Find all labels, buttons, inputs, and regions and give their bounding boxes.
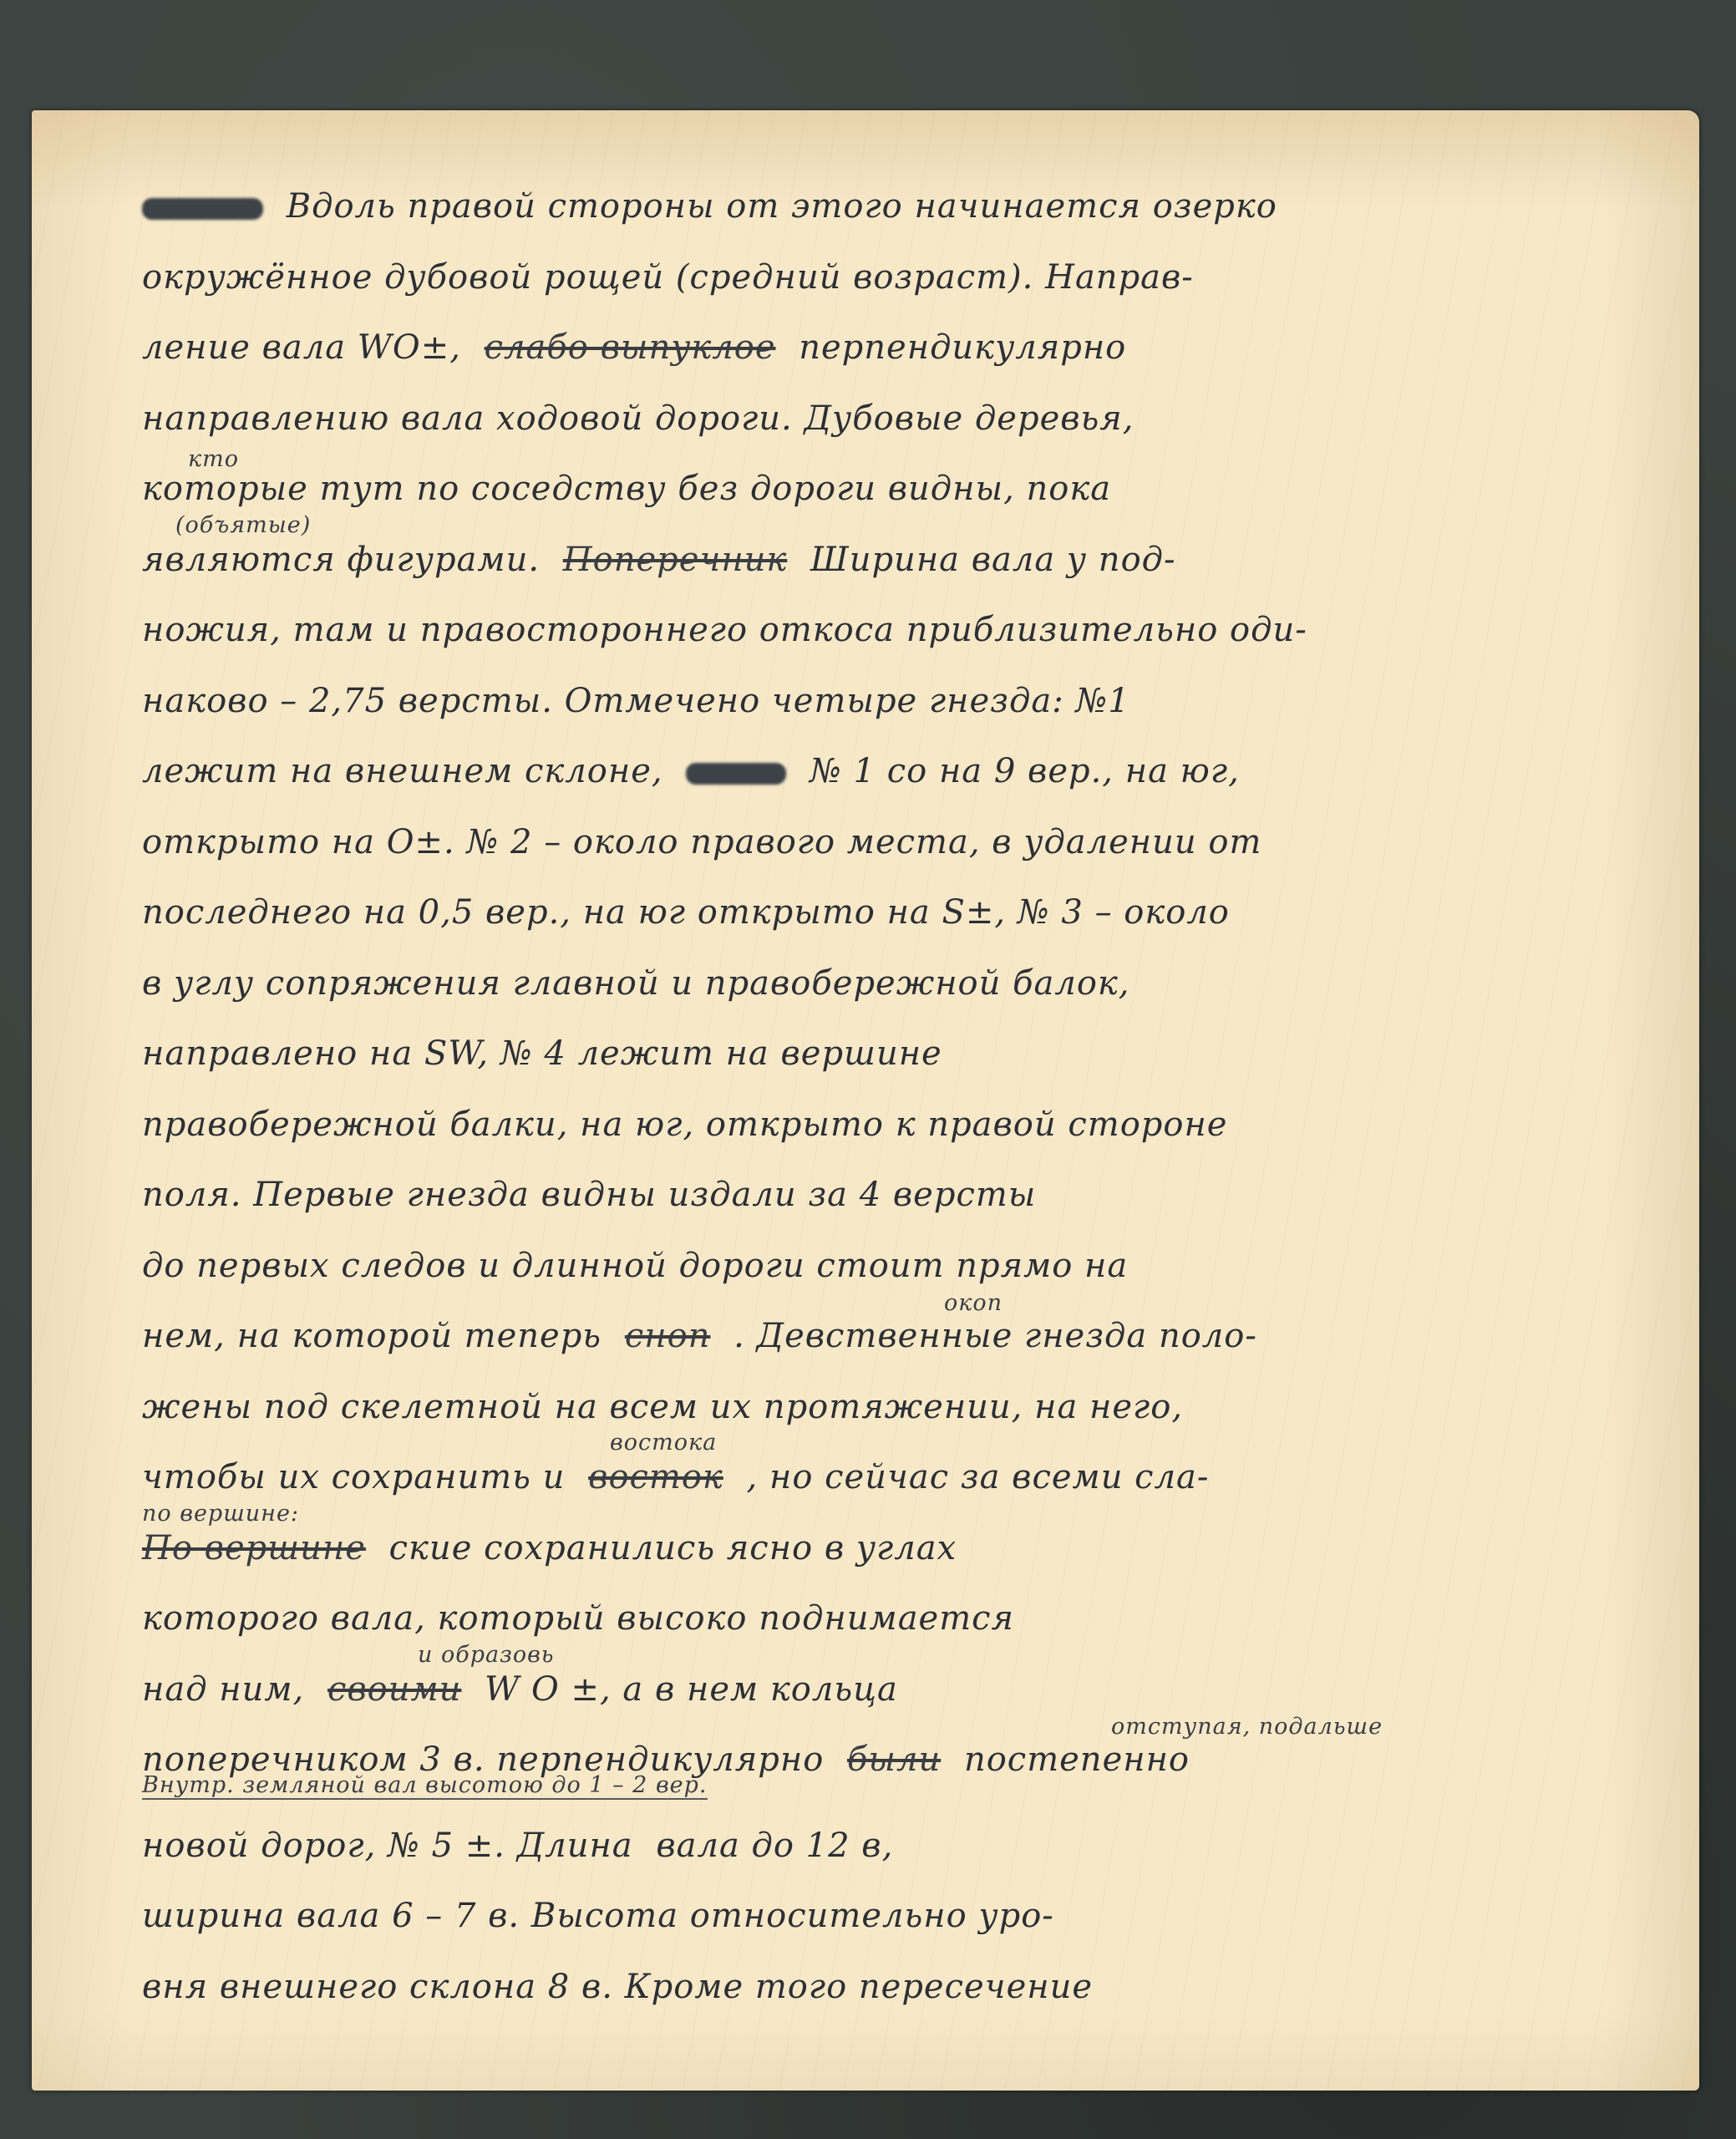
manuscript-line-6: (объятые) являются фигурами. Поперечник …: [142, 525, 1637, 596]
interlinear-insertion: и образовь: [418, 1643, 554, 1668]
struck-text: были: [847, 1740, 941, 1779]
manuscript-line-18: жены под скелетной на всем их протяжении…: [142, 1372, 1637, 1443]
manuscript-line-20: по вершине: По вершине ские сохранились …: [142, 1513, 1637, 1584]
ink-blot-deletion: [686, 763, 786, 785]
manuscript-line-25: ширина вала 6 – 7 в. Высота относительно…: [142, 1881, 1637, 1952]
interlinear-insertion: востока: [610, 1430, 717, 1456]
manuscript-line-5: кто которые тут по соседству без дороги …: [142, 454, 1637, 525]
struck-text: слабо выпуклое: [485, 328, 776, 367]
line-text: над ним,: [142, 1654, 304, 1725]
line-text: поля. Первые гнезда видны издали за 4 ве…: [142, 1160, 1036, 1231]
ink-blot-deletion: [142, 198, 263, 220]
manuscript-line-12: в углу сопряжения главной и правобережно…: [142, 948, 1637, 1019]
manuscript-line-7: ножия, там и правостороннего откоса приб…: [142, 595, 1637, 666]
interlinear-insertion: отступая, подальше: [1111, 1715, 1383, 1740]
line-text: ножия, там и правостороннего откоса приб…: [142, 595, 1307, 666]
manuscript-line-9: лежит на внешнем склоне, № 1 со на 9 вер…: [142, 736, 1637, 807]
line-text: ление вала WO±,: [142, 312, 461, 384]
manuscript-line-4: направлению вала ходовой дороги. Дубовые…: [142, 384, 1637, 455]
manuscript-line-15: поля. Первые гнезда видны издали за 4 ве…: [142, 1160, 1637, 1231]
manuscript-line-21: которого вала, который высоко поднимаетс…: [142, 1583, 1637, 1654]
manuscript-line-26: вня внешнего склона 8 в. Кроме того пере…: [142, 1952, 1637, 2023]
manuscript-line-11: последнего на 0,5 вер., на юг открыто на…: [142, 877, 1637, 948]
line-text: лежит на внешнем склоне,: [142, 736, 663, 807]
struck-text: восток: [588, 1458, 723, 1496]
line-text: открыто на O±. № 2 – около правого места…: [142, 807, 1261, 878]
manuscript-line-16: до первых следов и длинной дороги стоит …: [142, 1231, 1637, 1302]
line-text: направлено на SW, № 4 лежит на вершине: [142, 1019, 942, 1090]
underlined-insertion: Внутр. земляной вал высотою до 1 – 2 вер…: [142, 1773, 708, 1800]
manuscript-line-22: и образовь над ним, своими W O ±, а в не…: [142, 1654, 1637, 1725]
interlinear-insertion: окоп: [944, 1291, 1003, 1316]
struck-text: Поперечник: [563, 541, 788, 579]
line-text-cont: перпендикулярно: [799, 312, 1126, 384]
line-text: которого вала, который высоко поднимаетс…: [142, 1583, 1014, 1654]
interlinear-insertion: кто: [188, 447, 239, 472]
handwritten-text-block: Сперва Вдоль правой стороны от этого нач…: [142, 171, 1637, 2022]
struck-text: По вершине: [142, 1529, 366, 1567]
manuscript-line-24: новой дорог, № 5 ±. Длина вала до 12 в,: [142, 1811, 1637, 1882]
manuscript-line-2: окружённое дубовой рощей (средний возрас…: [142, 242, 1637, 313]
line-text: вня внешнего склона 8 в. Кроме того пере…: [142, 1952, 1093, 2023]
line-text-cont: № 1 со на 9 вер., на юг,: [810, 736, 1240, 807]
line-text: в углу сопряжения главной и правобережно…: [142, 948, 1130, 1019]
manuscript-line-1: Сперва Вдоль правой стороны от этого нач…: [142, 171, 1637, 242]
line-text: правобережной балки, на юг, открыто к пр…: [142, 1090, 1227, 1161]
manuscript-line-10: открыто на O±. № 2 – около правого места…: [142, 807, 1637, 878]
line-text: наково – 2,75 версты. Отмечено четыре гн…: [142, 666, 1130, 737]
line-text: окружённое дубовой рощей (средний возрас…: [142, 242, 1194, 313]
line-text: направлению вала ходовой дороги. Дубовые…: [142, 384, 1134, 455]
manuscript-line-13: направлено на SW, № 4 лежит на вершине: [142, 1019, 1637, 1090]
manuscript-line-19: востока чтобы их сохранить и восток , но…: [142, 1442, 1637, 1513]
manuscript-line-23: отступая, подальше поперечником 3 в. пер…: [142, 1725, 1637, 1796]
interlinear-insertion: (объятые): [175, 513, 311, 538]
manuscript-line-8: наково – 2,75 версты. Отмечено четыре гн…: [142, 666, 1637, 737]
line-text-cont: , но сейчас за всеми сла-: [747, 1442, 1210, 1513]
manuscript-line-14: правобережной балки, на юг, открыто к пр…: [142, 1090, 1637, 1161]
line-text-cont: вала до 12 в,: [656, 1811, 893, 1882]
line-text: новой дорог, № 5 ±. Длина: [142, 1811, 633, 1882]
line-text: ширина вала 6 – 7 в. Высота относительно…: [142, 1881, 1054, 1952]
manuscript-line-17: окоп нем, на которой теперь сноп . Девст…: [142, 1301, 1637, 1372]
interlinear-insertion: по вершине:: [142, 1501, 299, 1527]
manuscript-line-3: ление вала WO±, слабо выпуклое перпендик…: [142, 312, 1637, 384]
struck-text: сноп: [625, 1317, 711, 1355]
line-text: Вдоль правой стороны от этого начинается…: [287, 171, 1277, 242]
line-text: последнего на 0,5 вер., на юг открыто на…: [142, 877, 1230, 948]
line-text: нем, на которой теперь: [142, 1301, 602, 1372]
line-text: ские сохранились ясно в углах: [389, 1513, 957, 1584]
line-text-cont: Ширина вала у под-: [810, 525, 1175, 596]
struck-text: своими: [327, 1670, 461, 1709]
